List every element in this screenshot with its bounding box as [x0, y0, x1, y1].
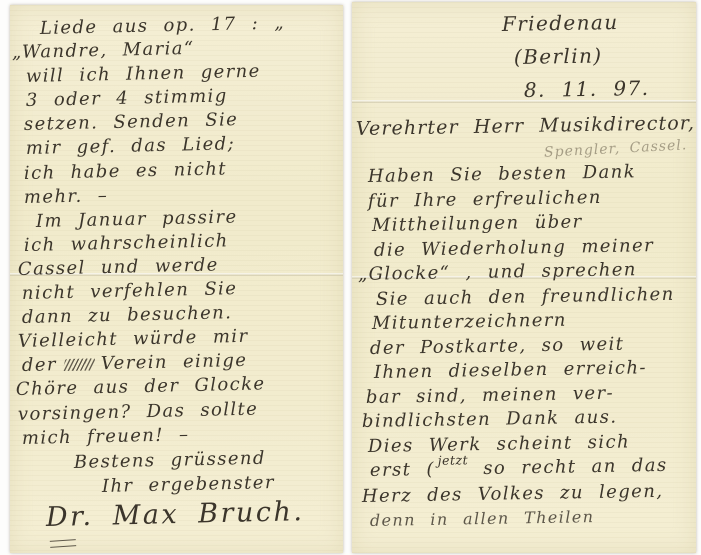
- letter-page-right: Friedenau (Berlin) 8. 11. 97. Verehrter …: [352, 2, 696, 553]
- left-page-text: Liede aus op. 17 : „ „Wandre, Maria“ wil…: [10, 5, 343, 535]
- letter-date: 8. 11. 97.: [524, 71, 696, 107]
- inserted-word: jetzt: [438, 452, 469, 468]
- right-page-text: Haben Sie besten Dank für Ihre erfreulic…: [352, 165, 696, 534]
- letter-place-detail: (Berlin): [514, 38, 696, 74]
- line-text: der: [22, 355, 57, 377]
- letter-line: denn in allen Theilen: [370, 503, 696, 533]
- crossed-out-word: [62, 359, 95, 372]
- line-text: erst (: [370, 459, 435, 481]
- letter-page-left: Liede aus op. 17 : „ „Wandre, Maria“ wil…: [10, 5, 343, 553]
- pencil-annotation: Spengler, Cassel.: [544, 137, 688, 160]
- line-text: so recht an das: [483, 455, 668, 479]
- letter-place: Friedenau: [502, 5, 696, 41]
- line-text: Verein einige: [101, 350, 248, 374]
- signature: Dr. Max Bruch.: [46, 494, 343, 535]
- signature-flourish: [50, 539, 76, 548]
- letter-scan: Liede aus op. 17 : „ „Wandre, Maria“ wil…: [0, 0, 701, 555]
